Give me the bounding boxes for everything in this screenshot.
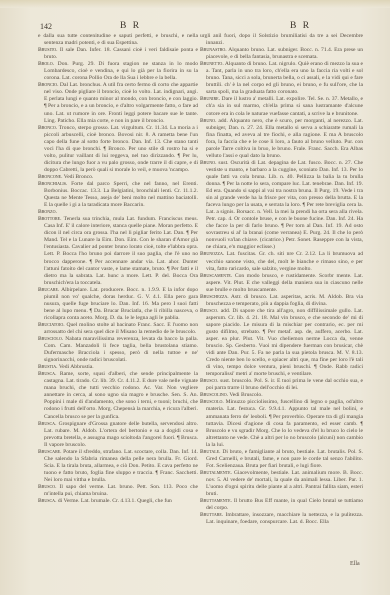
dictionary-entry: Bruno. add. Alquanto nero, che è scuro, … <box>200 118 363 160</box>
dictionary-entry: e dalla sua tutte contenitudine e saputi… <box>38 33 198 47</box>
page-header: 142 B R B R <box>40 21 355 33</box>
entry-definition: Minuzzo picciolissimo, fuscellino di leg… <box>206 399 363 447</box>
entry-definition: Vedi Bruscolo. <box>229 392 262 398</box>
dictionary-entry: Bruttamente. Il brutto Bus Eff mante, in… <box>200 498 363 512</box>
dictionary-entry: urgli anil fuori, dopo il Solstizio brum… <box>200 33 363 47</box>
entry-headword: Brusco. <box>38 484 56 490</box>
entry-headword: Brutale. <box>200 449 221 455</box>
dictionary-entry: Broncio. Dal Lat. bronchus. A util fra c… <box>38 82 198 124</box>
entry-definition: Nabata maravilissima reverenza, levata d… <box>44 336 198 363</box>
entry-headword: Brustia. <box>38 364 58 370</box>
entry-headword: Brusca. <box>38 371 56 377</box>
entry-definition: Alquanto di bruno. Lat. nigrulo. Quiè er… <box>206 61 363 95</box>
entry-headword: Brusco. <box>200 308 218 314</box>
entry-headword: Bruno. <box>200 160 216 166</box>
entry-headword: Brusco. <box>200 378 218 384</box>
dictionary-entry: Brusca. di Verme. Lat. brumale. Cr. 4.13… <box>38 498 198 505</box>
dictionary-entry: Brutale. Di bruto, e famigliante al brut… <box>200 449 363 470</box>
entry-definition: Di bruto, e famigliante al bruto, bestia… <box>206 449 363 469</box>
dictionary-entry: Bronco. Tronco, sterpo grosso. Lat. virg… <box>38 125 198 174</box>
entry-headword: Brottore. <box>38 216 62 222</box>
entry-definition: Il sapo del verme. Lat. bruno. Pett. Son… <box>44 484 198 497</box>
entry-headword: Bruttamente. <box>200 498 232 504</box>
entry-definition: add. Alquanto nero, che è scuro, per mor… <box>206 118 363 159</box>
dictionary-entry: Brusco. add. Di sapore che tira all'agro… <box>200 308 363 378</box>
entry-definition: Dal Lat. bronchus. A util fra certo ferm… <box>44 82 198 123</box>
running-head-right: B R <box>290 21 311 31</box>
entry-headword: Bruciatoio. <box>38 322 65 328</box>
entry-headword: Brunastro. <box>200 47 227 53</box>
entry-headword: Brusito. <box>38 47 58 53</box>
dictionary-entry: Brunire. Dare il lustro a' metalli. Lat.… <box>200 96 363 117</box>
entry-headword: Brutalmente. <box>200 470 232 476</box>
entry-headword: Brunozza. <box>200 251 224 257</box>
dictionary-entry: Brustia. Vedi Abbrustia. <box>38 364 198 371</box>
left-column: e dalla sua tutte contenitudine e saputi… <box>38 33 198 505</box>
entry-headword: Bruscamente. <box>200 273 232 279</box>
entry-headword: Bruscare. <box>38 449 62 455</box>
right-column: urgli anil fuori, dopo il Solstizio brum… <box>200 33 363 526</box>
page-number: 142 <box>40 22 52 31</box>
entry-headword: Bruno. <box>200 118 216 124</box>
entry-headword: Brolo. <box>38 61 54 67</box>
scanned-dictionary-page: 142 B R B R e dalla sua tutte contenitud… <box>0 0 390 595</box>
entry-definition: Dare il lustro a' metalli. Lat. expolire… <box>206 96 363 116</box>
dictionary-entry: Bruscolo. Minuzzo picciolissimo, fuscell… <box>200 399 363 448</box>
entry-definition: sust. Oscurità di Lat. depagina de Lat. … <box>206 160 363 251</box>
entry-headword: Bruschezza. <box>200 294 229 300</box>
entry-headword: Brunire. <box>200 96 220 102</box>
entry-definition: Potare il sfreddo, strafano. Lat. scocta… <box>44 449 198 483</box>
entry-definition: Imbrattare, insozzare, macchiare la nett… <box>206 512 363 525</box>
entry-definition: Quel molino stolte al bacinato Franc. Sa… <box>44 322 198 335</box>
entry-definition: Forte dal parco Sperri, che nel fanno, n… <box>44 181 198 208</box>
entry-definition: Vedi Bronco. <box>64 174 94 180</box>
catchword: Ella <box>350 561 360 567</box>
entry-definition: Il sale Dan. Infer. 18. Cassani cioè i v… <box>44 47 198 60</box>
dictionary-entry: Brusito. Il sale Dan. Infer. 18. Cassani… <box>38 47 198 61</box>
dictionary-entry: Bronchialis. Forte dal parco Sperri, che… <box>38 181 198 209</box>
entry-definition: Astr. di brusco. Lat. asperitas, acris. … <box>206 294 363 307</box>
dictionary-entry: Brucare. Albirpelare. Lat. producere. Bo… <box>38 287 198 322</box>
dictionary-entry: Bruscamente. Con modo brusco, e rustidam… <box>200 273 363 294</box>
entry-headword: Bronco. <box>38 125 57 131</box>
dictionary-entry: Brusco. Il sapo del verme. Lat. bruno. P… <box>38 484 198 498</box>
dictionary-entry: Bruschezza. Astr. di brusco. Lat. asperi… <box>200 294 363 308</box>
dictionary-entry: Brunozza. Lat. fuscitas. Gr. ch. siti nr… <box>200 251 363 272</box>
entry-headword: Brunetto. <box>200 61 224 67</box>
dictionary-entry: Bruscare. Potare il sfreddo, strafano. L… <box>38 449 198 484</box>
dictionary-entry: Brusca. Rame, sorte, squsi d'alberi, che… <box>38 371 198 420</box>
entry-headword: Bruscolino. <box>200 392 228 398</box>
entry-definition: urgli anil fuori, dopo il Solstizio brum… <box>200 33 363 46</box>
entry-definition: Lat. fuscitas. Gr. ch. siti nre Cr. 2.12… <box>206 251 363 271</box>
entry-definition: Don. Purg. 29. Di fuora stagion ne stanz… <box>44 61 198 81</box>
entry-headword: Brusciolo. <box>38 336 63 342</box>
entry-headword: Bronzo. <box>38 209 57 215</box>
dictionary-entry: Brusca. Grospignare d'Grossa gnatore del… <box>38 421 198 449</box>
dictionary-entry: Brottore. Tenerla sua trinchia, mula Lat… <box>38 216 198 286</box>
running-head-left: B R <box>120 21 141 31</box>
entry-headword: Brusca. <box>38 498 56 504</box>
dictionary-entry: Brolo. Don. Purg. 29. Di fuora stagion n… <box>38 61 198 82</box>
dictionary-entry: Brusciolo. Nabata maravilissima reverenz… <box>38 336 198 364</box>
entry-headword: Bruttare. <box>200 512 223 518</box>
entry-definition: sust. bruscolo. Pol. S. ir. E tuoi prima… <box>206 378 363 391</box>
entry-headword: Broncone. <box>38 174 62 180</box>
entry-definition: e dalla sua tutte contenitudine e saputi… <box>38 33 198 46</box>
dictionary-entry: Broncone. Vedi Bronco. <box>38 174 198 181</box>
entry-definition: Tenerla sua trinchia, mula Lat. fundum. … <box>44 216 198 285</box>
entry-definition: Vedi Abbrustia. <box>59 364 94 370</box>
entry-headword: Brusca. <box>38 421 56 427</box>
dictionary-entry: Brunetto. Alquanto di bruno. Lat. nigrul… <box>200 61 363 96</box>
entry-definition: Alquanto bruno. Lat. subniger. Bocc. n. … <box>206 47 363 60</box>
dictionary-entry: Brunastro. Alquanto bruno. Lat. subniger… <box>200 47 363 61</box>
entry-definition: Rame, sorte, squsi d'alberi, che sende p… <box>44 371 198 419</box>
entry-headword: Broncio. <box>38 82 58 88</box>
entry-definition: add. Di sapore che tira all'agro, non di… <box>206 308 363 377</box>
entry-definition: di Verme. Lat. brumale. Cr. 4.13.1. Queg… <box>58 498 172 504</box>
entry-headword: Bruscolo. <box>200 399 224 405</box>
entry-definition: Albirpelare. Lat. producere. Bocc. n. 1.… <box>44 287 198 321</box>
entry-headword: Brucare. <box>38 287 59 293</box>
dictionary-entry: Brutalmente. Giacevolmente, bestiale. La… <box>200 470 363 498</box>
dictionary-entry: Brusco. sust. bruscolo. Pol. S. ir. E tu… <box>200 378 363 392</box>
dictionary-entry: Bruciatoio. Quel molino stolte al bacina… <box>38 322 198 336</box>
entry-definition: Grospignare d'Grossa gnatore delle butel… <box>44 421 198 448</box>
entry-definition: Tronco, sterpo grosso. Lat. virgultum. C… <box>44 125 198 173</box>
dictionary-entry: Bruttare. Imbrattare, insozzare, macchia… <box>200 512 363 526</box>
entry-headword: Bronchialis. <box>38 181 67 187</box>
dictionary-entry: Bruno. sust. Oscurità di Lat. depagina d… <box>200 160 363 252</box>
